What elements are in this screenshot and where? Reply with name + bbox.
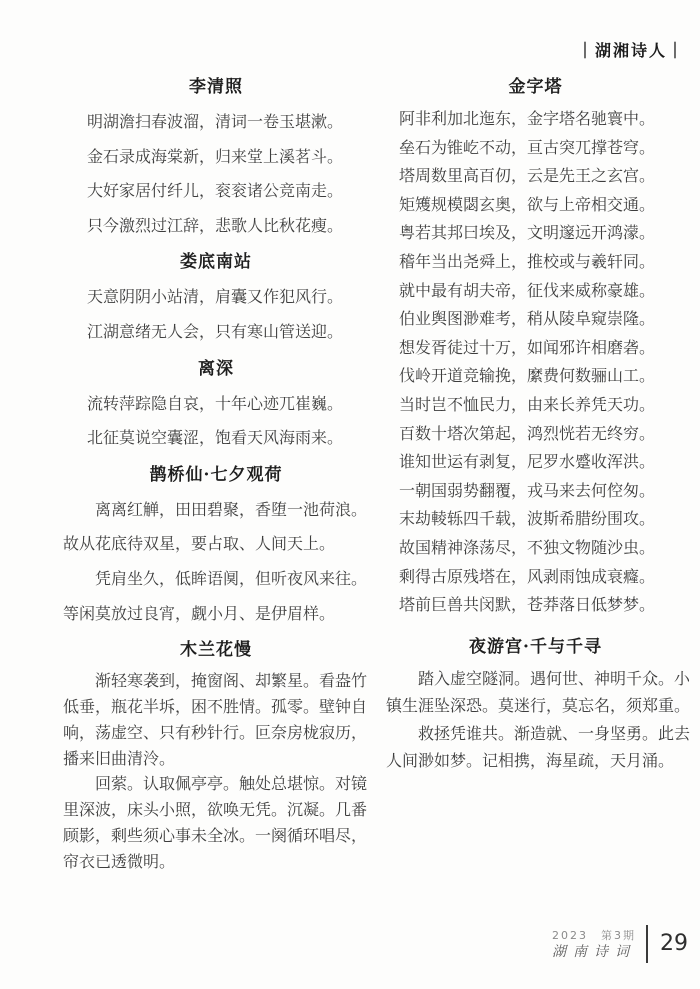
- poem-line: 顾影，剩些须心事未全冰。一阕循环唱尽，: [63, 823, 369, 849]
- poem-line: 帘衣已透微明。: [63, 849, 369, 875]
- poem-line: 江湖意绪无人会，只有寒山管送迎。: [63, 315, 369, 350]
- poem-line: 粤若其邦曰埃及，文明邃远开鸿濛。: [386, 219, 685, 248]
- poem-line: 故从花底待双星，要占取、人间天上。: [63, 527, 369, 562]
- poem-line: 播来旧曲清泠。: [63, 746, 369, 772]
- poem-line: 伯业舆图渺难考，稍从陵阜窥崇隆。: [386, 305, 685, 334]
- poem-line: 末劫輘轹四千载，波斯希腊纷围攻。: [386, 505, 685, 534]
- poem: 离深流转萍踪隐自哀，十年心迹兀崔巍。北征莫说空囊涩，饱看天风海雨来。: [63, 350, 369, 456]
- page-number: 29: [660, 925, 688, 963]
- left-column: 李清照明湖澹扫春波溜，清词一卷玉堪漱。金石录成海棠新，归来堂上溪茗斗。大好家居付…: [63, 76, 369, 875]
- right-column: 金字塔阿非利加北迤东，金字塔名驰寰中。垒石为锥屹不动，亘古突兀撑苍穹。塔周数里高…: [386, 76, 685, 875]
- journal-block: 2023 第3期 湖南诗词: [552, 928, 636, 961]
- poem-title: 木兰花慢: [63, 631, 369, 668]
- poem-line: 回萦。认取佩亭亭。触处总堪惊。对镜: [63, 771, 369, 797]
- poem-line: 只今激烈过江辞，悲歌人比秋花瘦。: [63, 209, 369, 244]
- poem-line: 当时岂不恤民力，由来长养凭天功。: [386, 391, 685, 420]
- poem-title: 李清照: [63, 76, 369, 105]
- poem-line: 人间渺如梦。记相携，海星疏，天月涌。: [386, 747, 685, 775]
- poem: 木兰花慢渐轻寒袭到，掩窗阁、却繁星。看盎竹低垂，瓶花半坼，困不胜情。孤零。壁钟自…: [63, 631, 369, 874]
- poem-line: 塔前巨兽共闵默，苍莽落日低梦梦。: [386, 591, 685, 620]
- poem-line: 剩得古原残塔在，风剥雨蚀成衰癃。: [386, 563, 685, 592]
- poem-title: 娄底南站: [63, 243, 369, 280]
- journal-name: 湖南诗词: [552, 943, 636, 961]
- poem-line: 就中最有胡夫帝，征伐来威称豪雄。: [386, 277, 685, 306]
- poem-line: 故国精神涤荡尽，不独文物随沙虫。: [386, 534, 685, 563]
- poem-line: 大好家居付纤儿，衮衮诸公竞南走。: [63, 174, 369, 209]
- footer-divider: [646, 925, 648, 963]
- poem-line: 响，荡虚空、只有秒针行。叵奈房栊寂历，: [63, 720, 369, 746]
- issue-info: 2023 第3期: [552, 928, 636, 943]
- poem-title: 夜游宫·千与千寻: [386, 620, 685, 665]
- poem-line: 北征莫说空囊涩，饱看天风海雨来。: [63, 421, 369, 456]
- poem-title: 鹊桥仙·七夕观荷: [63, 456, 369, 493]
- poem: 娄底南站天意阴阴小站清，肩囊又作犯风行。江湖意绪无人会，只有寒山管送迎。: [63, 243, 369, 349]
- section-label: ｜湖湘诗人｜: [577, 41, 685, 60]
- content-columns: 李清照明湖澹扫春波溜，清词一卷玉堪漱。金石录成海棠新，归来堂上溪茗斗。大好家居付…: [63, 76, 685, 875]
- poem-line: 等闲莫放过良宵，觑小月、是伊眉样。: [63, 597, 369, 632]
- poem-line: 明湖澹扫春波溜，清词一卷玉堪漱。: [63, 105, 369, 140]
- poem-line: 凭肩坐久，低眸语阒，但听夜风来往。: [63, 562, 369, 597]
- poem-title: 离深: [63, 350, 369, 387]
- poem-line: 镇生涯坠深恐。莫迷行，莫忘名，须郑重。: [386, 692, 685, 720]
- poem-line: 伐岭开道竞输挽，縻费何数骊山工。: [386, 362, 685, 391]
- poem-line: 百数十塔次第起，鸿烈恍若无终穷。: [386, 420, 685, 449]
- poem-line: 塔周数里高百仞，云是先王之玄宫。: [386, 162, 685, 191]
- poem-line: 矩矱规模閟玄奥，欲与上帝相交通。: [386, 191, 685, 220]
- poem-title: 金字塔: [386, 76, 685, 105]
- poem-line: 踏入虚空隧洞。遇何世、神明千众。小: [386, 665, 685, 693]
- poem-line: 想发胥徒过十万，如闻邪许相磨砻。: [386, 334, 685, 363]
- poem-line: 阿非利加北迤东，金字塔名驰寰中。: [386, 105, 685, 134]
- poem: 夜游宫·千与千寻踏入虚空隧洞。遇何世、神明千众。小镇生涯坠深恐。莫迷行，莫忘名，…: [386, 620, 685, 775]
- poem-line: 垒石为锥屹不动，亘古突兀撑苍穹。: [386, 134, 685, 163]
- poem-line: 一朝国弱势翻覆，戎马来去何倥匆。: [386, 477, 685, 506]
- poem-line: 低垂，瓶花半坼，困不胜情。孤零。壁钟自: [63, 694, 369, 720]
- poem: 李清照明湖澹扫春波溜，清词一卷玉堪漱。金石录成海棠新，归来堂上溪茗斗。大好家居付…: [63, 76, 369, 243]
- poem-line: 金石录成海棠新，归来堂上溪茗斗。: [63, 140, 369, 175]
- page-header: ｜湖湘诗人｜: [0, 38, 685, 58]
- poem-line: 离离红觯，田田碧聚，香堕一池荷浪。: [63, 493, 369, 528]
- poem-line: 里深波，床头小照，欲唤无凭。沉凝。几番: [63, 797, 369, 823]
- magazine-page: ｜湖湘诗人｜ 李清照明湖澹扫春波溜，清词一卷玉堪漱。金石录成海棠新，归来堂上溪茗…: [0, 0, 700, 989]
- poem: 鹊桥仙·七夕观荷离离红觯，田田碧聚，香堕一池荷浪。故从花底待双星，要占取、人间天…: [63, 456, 369, 631]
- poem-line: 渐轻寒袭到，掩窗阁、却繁星。看盎竹: [63, 668, 369, 694]
- page-footer: 2023 第3期 湖南诗词 29: [552, 925, 688, 963]
- poem-line: 谁知世运有剥复，尼罗水蹙收浑洪。: [386, 448, 685, 477]
- poem-line: 流转萍踪隐自哀，十年心迹兀崔巍。: [63, 387, 369, 422]
- poem: 金字塔阿非利加北迤东，金字塔名驰寰中。垒石为锥屹不动，亘古突兀撑苍穹。塔周数里高…: [386, 76, 685, 620]
- poem-line: 天意阴阴小站清，肩囊又作犯风行。: [63, 280, 369, 315]
- poem-line: 稽年当出尧舜上，推校或与羲轩同。: [386, 248, 685, 277]
- poem-line: 救拯凭谁共。渐造就、一身坚勇。此去: [386, 720, 685, 748]
